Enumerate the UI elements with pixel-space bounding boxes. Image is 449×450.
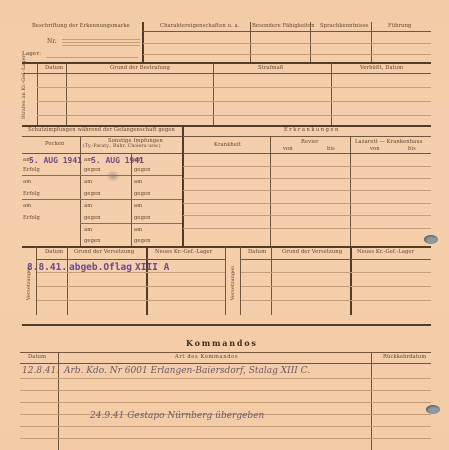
sonstige-am-label: am: [84, 204, 92, 209]
kommandos-row: [20, 402, 431, 403]
versetzungen-divider: [67, 247, 68, 315]
kommandos-col-datum: Datum: [28, 355, 46, 360]
versetzungen-side-label: Versetzungen: [230, 258, 236, 308]
sonstige-gegen-label: gegen: [134, 216, 151, 221]
versetzungen-divider: [240, 247, 241, 315]
erkrankungen-col-krankheit: Krankheit: [214, 143, 241, 148]
sonstige-am-label: am: [134, 228, 142, 233]
impfungen-header-rule: [22, 153, 182, 154]
section-rule: [22, 62, 431, 64]
header-rule: [143, 43, 431, 44]
versetzungen-row: [37, 286, 225, 287]
punch-hole: [424, 235, 438, 244]
impfungen-col-sonstige-sub: (Ty.-Paraty., Ruhr, Cholera usw.): [83, 145, 161, 150]
revier-bis-label: bis: [327, 147, 335, 152]
erkrankungen-row: [183, 215, 431, 216]
sonstige-gegen-label: gegen: [84, 239, 101, 244]
ink-smudge: [106, 170, 120, 182]
pocken-am-label: am: [23, 180, 31, 185]
header-divider: [250, 22, 251, 62]
kommandos-row: [20, 438, 431, 439]
kommando-1-datum: 12.8.41.: [22, 367, 59, 376]
versetzungen-divider: [146, 247, 148, 315]
header-col-fuehrung: Führung: [388, 24, 411, 29]
versetzungen-col-grund: Grund der Versetzung: [74, 250, 134, 255]
kommandos-col-art: Art des Kommandos: [175, 355, 238, 360]
versetzungen-col-datum: Datum: [248, 250, 266, 255]
versetzungen-col-lager: Neues Kr.-Gef.-Lager: [357, 250, 414, 255]
nr-line: [62, 45, 140, 46]
header-rule: [143, 54, 431, 55]
pocken-erfolg-label: Erfolg: [23, 216, 40, 221]
kommandos-divider: [371, 352, 372, 450]
nr-line: [62, 42, 140, 43]
erkrankungen-header-rule: [183, 153, 431, 154]
header-divider: [371, 22, 372, 62]
strafen-row: [37, 115, 431, 116]
erkrankungen-row: [183, 203, 431, 204]
versetzungen-divider: [350, 247, 352, 315]
strafen-col-datum: Datum: [45, 66, 63, 71]
kommandos-row: [20, 390, 431, 391]
sonstige-gegen-label: gegen: [84, 192, 101, 197]
versetzungen-row: [241, 300, 431, 301]
pow-record-card: Beschriftung der Erkennungsmarke Nr. Lag…: [0, 0, 449, 450]
erkrankungen-col-lazarett: Lazarett — Krankenhaus: [355, 140, 423, 145]
versetzungen-row: [37, 300, 225, 301]
revier-von-label: von: [283, 147, 293, 152]
lazarett-bis-label: bis: [408, 147, 416, 152]
versetzung-datum-stamp: 8.8.41.: [27, 263, 67, 273]
sonstige-am-label: am: [134, 180, 142, 185]
kommandos-header-rule: [20, 363, 431, 364]
strafen-row: [37, 87, 431, 88]
header-col-sprachen: Sprachkenntnisse: [320, 24, 369, 29]
sonstige-gegen-label: gegen: [84, 168, 101, 173]
erkennungsmarke-label: Beschriftung der Erkennungsmarke: [32, 24, 130, 29]
versetzungen-col-grund: Grund der Versetzung: [282, 250, 342, 255]
header-col-faehigkeiten: Besondere Fähigkeiten: [252, 24, 315, 29]
pocken-erfolg-label: Erfolg: [23, 192, 40, 197]
header-divider: [142, 22, 144, 62]
section-rule: [22, 324, 431, 326]
strafen-row: [37, 101, 431, 102]
header-col-charakter: Charaktereigenschaften u. a.: [160, 24, 239, 29]
versetzungen-header-rule: [241, 259, 431, 260]
strafen-side-label: Strafen im Kr.-Gef.-Lager: [21, 59, 27, 119]
versetzungen-col-datum: Datum: [45, 250, 63, 255]
strafen-header-rule: [23, 73, 431, 74]
strafen-col-verbuesst: Verbüßt, Datum: [360, 66, 403, 71]
erkrankungen-row: [183, 166, 431, 167]
kommandos-top-rule: [20, 352, 431, 353]
versetzungen-row: [241, 286, 431, 287]
impfungen-row-rule: [22, 199, 182, 200]
kommandos-title: Kommandos: [186, 339, 258, 347]
erkrankungen-row: [183, 228, 431, 229]
punch-hole: [426, 405, 440, 414]
sonstige-am-label: am: [84, 180, 92, 185]
impfungen-row-rule: [80, 223, 182, 224]
strafen-col-grund: Grund der Bestrafung: [110, 66, 170, 71]
erkrankungen-row: [183, 190, 431, 191]
nr-label: Nr.: [47, 39, 57, 45]
sonstige-gegen-label: gegen: [134, 239, 151, 244]
sonstige-am-label: am: [134, 204, 142, 209]
kommando-2-art: 24.9.41 Gestapo Nürnberg übergeben: [90, 412, 264, 421]
impfungen-col-pocken: Pocken: [45, 142, 64, 147]
erkrankungen-rule: [183, 136, 431, 137]
kommandos-row: [20, 378, 431, 379]
versetzungen-col-lager: Neues Kr.-Gef.-Lager: [155, 250, 212, 255]
versetzungen-divider: [271, 247, 272, 315]
versetzungen-divider: [36, 247, 37, 315]
header-divider: [310, 22, 311, 62]
impfungen-rule: [22, 136, 182, 137]
impfungen-row-rule: [22, 175, 182, 176]
nr-line: [62, 39, 140, 40]
strafen-col-strafmass: Strafmaß: [258, 66, 283, 71]
impfungen-title: Schutzimpfungen während der Gefangenscha…: [28, 128, 175, 133]
sonstige-gegen-label: gegen: [134, 168, 151, 173]
lazarett-von-label: von: [370, 147, 380, 152]
kommandos-col-rueckkehr: Rückkehrdatum: [383, 355, 426, 360]
erkrankungen-row: [183, 178, 431, 179]
sonstige-am-label: am: [84, 228, 92, 233]
versetzungen-divider: [225, 247, 226, 315]
versetzung-grund-stamp: abgeb.Oflag: [69, 263, 132, 273]
versetzung-lager-stamp: XIII A: [135, 263, 169, 273]
header-rule: [143, 31, 431, 32]
sonstige-gegen-label: gegen: [84, 216, 101, 221]
kommando-1-art: Arb. Kdo. Nr 6001 Erlangen-Baiersdorf, S…: [64, 367, 310, 376]
sonstige-am-label: am: [134, 158, 142, 163]
kommandos-row: [20, 426, 431, 427]
section-rule: [22, 246, 431, 248]
sonstige-gegen-label: gegen: [134, 192, 151, 197]
erkrankungen-title: Erkrankungen: [284, 128, 340, 133]
erkrankungen-col-revier: Revier: [301, 140, 319, 145]
pocken-date-stamp: 5. AUG 1941: [29, 157, 82, 165]
pocken-am-label: am: [23, 204, 31, 209]
lager-line: [46, 57, 138, 58]
versetzungen-header-rule: [37, 259, 225, 260]
versetzungen-row: [241, 272, 431, 273]
pocken-erfolg-label: Erfolg: [23, 168, 40, 173]
